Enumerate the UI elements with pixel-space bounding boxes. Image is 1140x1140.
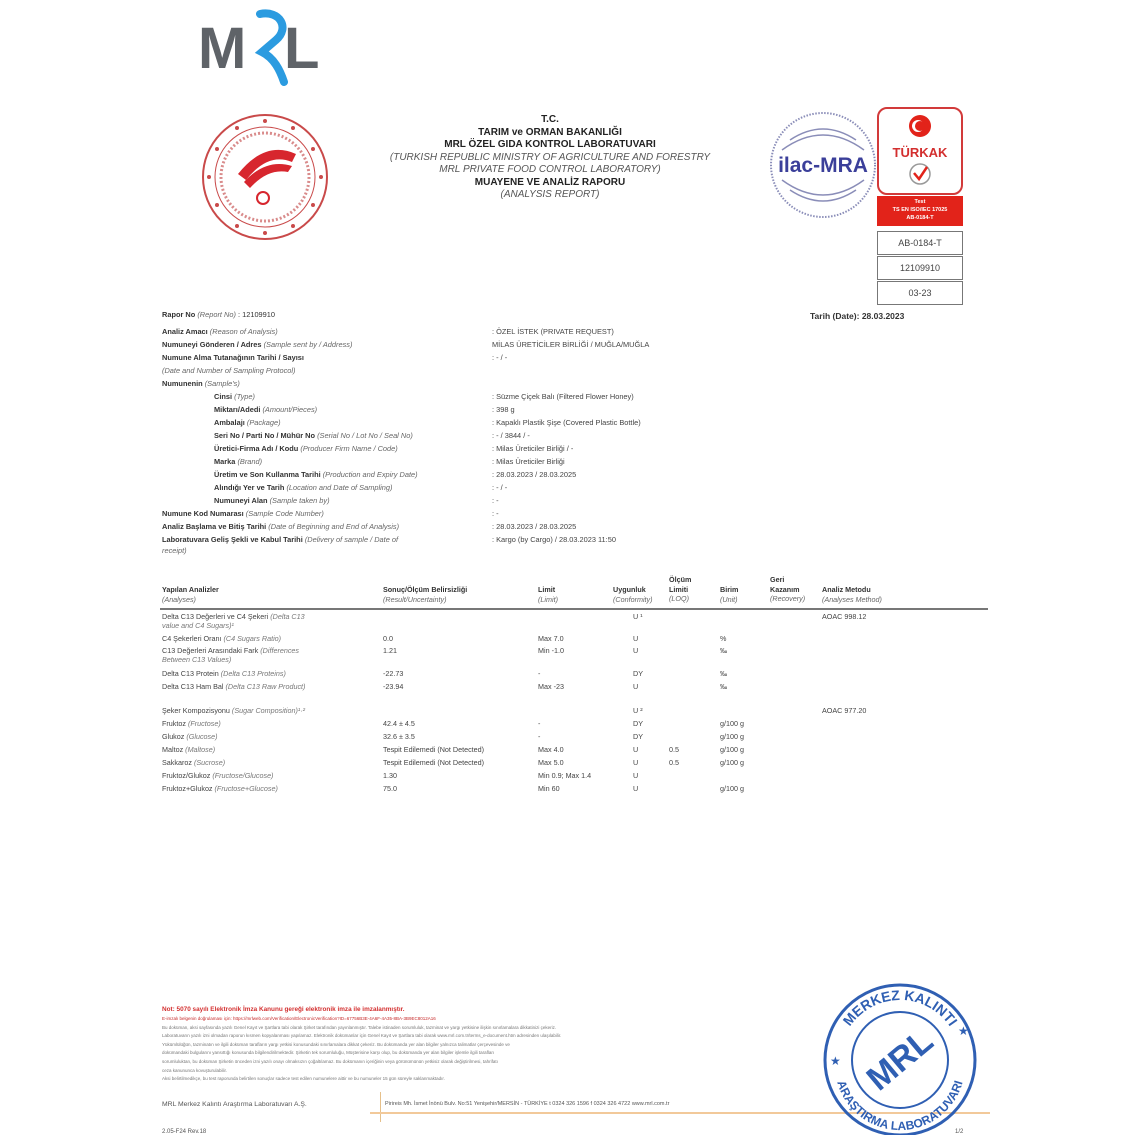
fine-print-line: Laboratuvarın yazılı izni olmadan raporu… [162,1033,822,1039]
info-value: : Kapaklı Plastik Şişe (Covered Plastic … [492,418,641,427]
table-row-analysis: Delta C13 Ham Bal (Delta C13 Raw Product… [162,682,305,691]
ilac-mra-icon: ilac-MRA [768,110,878,220]
table-cell-result: 1.30 [383,771,397,780]
info-label: Numuneyi Gönderen / Adres [162,340,262,349]
table-cell-limit: Min -1.0 [538,646,564,655]
info-row: Üretici-Firma Adı / Kodu (Producer Firm … [214,444,398,453]
info-label: Seri No / Parti No / Mühür No [214,431,315,440]
table-cell-conf: U [633,758,638,767]
table-cell-limit: Max 4.0 [538,745,564,754]
svg-text:ARAŞTIRMA LABORATUVARI: ARAŞTIRMA LABORATUVARI [834,1079,965,1134]
info-row: Marka (Brand) [214,457,262,466]
info-label-en: (Sample taken by) [270,496,330,505]
info-label: Analiz Amacı [162,327,208,336]
info-label: Miktarı/Adedi [214,405,260,414]
table-cell-result: -23.94 [383,682,403,691]
table-cell-conf: DY [633,732,643,741]
info-label-en: receipt) [162,546,187,555]
table-cell-conf: U [633,771,638,780]
info-value: : Milas Üreticiler Birliği [492,457,565,466]
table-cell-conf: U ² [633,706,643,715]
table-cell-conf: U [633,646,638,655]
company-name: MRL Merkez Kalıntı Araştırma Laboratuvar… [162,1101,307,1108]
info-row: Miktarı/Adedi (Amount/Pieces) [214,405,317,414]
table-row-analysis: Fruktoz (Fructose) [162,719,221,728]
info-value: : - / - [492,483,507,492]
report-no-label: Rapor No [162,310,195,319]
report-no-row: Rapor No (Report No) : 12109910 [162,310,275,319]
table-cell-limit: Max -23 [538,682,564,691]
header-tc: T.C. [360,114,740,127]
svg-text:★: ★ [830,1054,841,1068]
info-row: Numunenin (Sample's) [162,379,240,388]
header-report-title-en: (ANALYSIS REPORT) [360,189,740,202]
report-no-en: (Report No) [197,310,236,319]
info-row: Numune Alma Tutanağının Tarihi / Sayısı [162,353,304,362]
table-cell-conf: DY [633,669,643,678]
table-cell-unit: % [720,634,726,643]
fine-print-line[interactable]: E-imzalı belgenin doğrulaması için: http… [162,1016,822,1022]
svg-text:MERKEZ KALINTI: MERKEZ KALINTI [840,987,961,1029]
info-row: Analiz Amacı (Reason of Analysis) [162,327,278,336]
info-label-en: (Delivery of sample / Date of [305,535,398,544]
info-label-en: (Sample's) [205,379,240,388]
info-value: : Kargo (by Cargo) / 28.03.2023 11:50 [492,535,616,544]
date-value: 28.03.2023 [862,311,905,321]
info-label-en: (Location and Date of Sampling) [286,483,392,492]
mrl-logo: M L [198,6,328,86]
band-standard: TS EN ISO/IEC 17025 [877,206,963,214]
info-label: Marka [214,457,235,466]
info-row: Numuneyi Gönderen / Adres (Sample sent b… [162,340,352,349]
info-row: Üretim ve Son Kullanma Tarihi (Productio… [214,470,418,479]
info-label: Üretim ve Son Kullanma Tarihi [214,470,321,479]
table-cell-unit: ‰ [720,669,727,678]
fine-print-line: Aksi belirtilmedikçe, bu test raporunda … [162,1076,822,1082]
table-header-5: Birim(Unit) [720,585,738,604]
info-row: Numune Kod Numarası (Sample Code Number) [162,509,324,518]
table-cell-unit: g/100 g [720,758,744,767]
info-row: Seri No / Parti No / Mühür No (Serial No… [214,431,413,440]
table-cell-unit: g/100 g [720,784,744,793]
info-label: Numune Kod Numarası [162,509,244,518]
info-label: Alındığı Yer ve Tarih [214,483,284,492]
table-cell-conf: U [633,745,638,754]
info-label: Cinsi [214,392,232,401]
period-code: 03-23 [877,281,963,305]
table-cell-conf: U [633,784,638,793]
info-label-en: (Amount/Pieces) [262,405,317,414]
info-row: receipt) [162,546,187,555]
turkak-accreditation-band: Test TS EN ISO/IEC 17025 AB-0184-T [877,196,963,226]
fine-print-line: sorumluluktan, bu doküman Şirketin önced… [162,1059,822,1065]
info-value: : - / 3844 / - [492,431,530,440]
e-signature-note: Not: 5070 sayılı Elektronik İmza Kanunu … [162,1006,405,1013]
info-row: Laboratuvara Geliş Şekli ve Kabul Tarihi… [162,535,398,544]
header-ministry-en: (TURKISH REPUBLIC MINISTRY OF AGRICULTUR… [360,152,740,165]
table-row-analysis: Delta C13 Değerleri ve C4 Şekeri (Delta … [162,612,305,630]
info-label-en: (Sample Code Number) [246,509,324,518]
info-label: Ambalajı [214,418,245,427]
table-cell-method: AOAC 998.12 [822,612,866,621]
header-ministry: TARIM ve ORMAN BAKANLIĞI [360,127,740,140]
fine-print-line: ceza kanununca kovuşturulabilir. [162,1068,822,1074]
table-cell-result: 1.21 [383,646,397,655]
info-value: : - [492,496,499,505]
info-row: Numuneyi Alan (Sample taken by) [214,496,330,505]
header-report-title: MUAYENE VE ANALİZ RAPORU [360,177,740,190]
table-cell-conf: U [633,634,638,643]
turkak-emblem-icon: TÜRKAK [879,109,961,193]
info-label-en: (Reason of Analysis) [210,327,278,336]
svg-text:TÜRKAK: TÜRKAK [893,145,948,160]
info-label: Analiz Başlama ve Bitiş Tarihi [162,522,266,531]
date-label: Tarih (Date): [810,311,859,321]
info-value: : 398 g [492,405,515,414]
info-label-en: (Sample sent by / Address) [264,340,353,349]
table-row-analysis: Fruktoz+Glukoz (Fructose+Glucose) [162,784,278,793]
table-row-analysis: Maltoz (Maltose) [162,745,215,754]
table-cell-result: 32.6 ± 3.5 [383,732,415,741]
info-row: (Date and Number of Sampling Protocol) [162,366,296,375]
table-header-divider [160,608,988,610]
table-cell-limit: Min 60 [538,784,560,793]
info-label: Numune Alma Tutanağının Tarihi / Sayısı [162,353,304,362]
table-cell-unit: g/100 g [720,732,744,741]
svg-text:ilac-MRA: ilac-MRA [778,154,868,177]
info-label-en: (Type) [234,392,255,401]
table-cell-limit: Max 7.0 [538,634,564,643]
table-cell-result: 0.0 [383,634,393,643]
table-cell-unit: ‰ [720,646,727,655]
info-label-en: (Date and Number of Sampling Protocol) [162,366,296,375]
table-cell-result: 42.4 ± 4.5 [383,719,415,728]
table-row-analysis: Fruktoz/Glukoz (Fructose/Glucose) [162,771,273,780]
svg-text:M: M [198,16,246,81]
table-cell-conf: U [633,682,638,691]
info-label-en: (Serial No / Lot No / Seal No) [317,431,413,440]
svg-text:L: L [284,16,319,81]
company-address: Pirireis Mh. İsmet İnönü Bulv. No:51 Yen… [385,1101,669,1107]
table-cell-result: -22.73 [383,669,403,678]
info-row: Alındığı Yer ve Tarih (Location and Date… [214,483,392,492]
info-row: Ambalajı (Package) [214,418,281,427]
table-row-analysis: C13 Değerleri Arasındaki Fark (Differenc… [162,646,299,664]
info-row: Analiz Başlama ve Bitiş Tarihi (Date of … [162,522,399,531]
info-value: : ÖZEL İSTEK (PRIVATE REQUEST) [492,327,614,336]
report-no-value: 12109910 [242,310,275,319]
info-value: : Milas Üreticiler Birliği / - [492,444,573,453]
report-code: 12109910 [877,256,963,280]
table-cell-unit: ‰ [720,682,727,691]
info-row: Cinsi (Type) [214,392,255,401]
info-label-en: (Production and Expiry Date) [323,470,418,479]
info-label: Laboratuvara Geliş Şekli ve Kabul Tarihi [162,535,303,544]
info-label-en: (Package) [247,418,281,427]
mrl-stamp-icon: MERKEZ KALINTI ARAŞTIRMA LABORATUVARI MR… [810,975,990,1135]
table-cell-limit: Max 5.0 [538,758,564,767]
table-header-0: Yapılan Analizler(Analyses) [162,585,219,604]
info-label: Numunenin [162,379,203,388]
fine-print-line: Yükümlülüğün, tazminatın ve ilgili doküm… [162,1042,822,1048]
table-cell-unit: g/100 g [720,719,744,728]
accreditation-code: AB-0184-T [877,231,963,255]
table-header-6: GeriKazanım(Recovery) [770,575,805,604]
turkak-logo: TÜRKAK [877,107,963,195]
table-cell-loq: 0.5 [669,745,679,754]
table-header-1: Sonuç/Ölçüm Belirsizliği(Result/Uncertai… [383,585,467,604]
svg-text:★: ★ [958,1024,969,1038]
info-label-en: (Producer Firm Name / Code) [300,444,397,453]
header-lab-en: MRL PRIVATE FOOD CONTROL LABORATORY) [360,164,740,177]
table-cell-limit: - [538,719,540,728]
table-cell-conf: U ¹ [633,612,643,621]
table-cell-result: Tespit Edilemedi (Not Detected) [383,758,484,767]
header-lab: MRL ÖZEL GIDA KONTROL LABORATUVARI [360,139,740,152]
info-value: : - [492,509,499,518]
table-row-analysis: Sakkaroz (Sucrose) [162,758,225,767]
info-value: : 28.03.2023 / 28.03.2025 [492,470,576,479]
table-row-analysis: C4 Şekerleri Oranı (C4 Sugars Ratio) [162,634,281,643]
svg-text:MRL: MRL [860,1022,941,1098]
table-cell-unit: g/100 g [720,745,744,754]
info-value: MİLAS ÜRETİCİLER BİRLİĞİ / MUĞLA/MUĞLA [492,340,649,349]
fine-print-line: dokümandaki bulgularını yansıttığı konus… [162,1050,822,1056]
info-label-en: (Brand) [237,457,262,466]
info-label-en: (Date of Beginning and End of Analysis) [268,522,399,531]
table-header-4: ÖlçümLimiti(LOQ) [669,575,691,604]
info-value: : 28.03.2023 / 28.03.2025 [492,522,576,531]
ministry-seal-icon [200,112,330,242]
band-test: Test [877,198,963,206]
info-value: : - / - [492,353,507,362]
footer-divider-vertical [380,1092,381,1122]
table-row-analysis: Şeker Kompozisyonu (Sugar Composition)¹·… [162,706,305,715]
form-revision: 2.05-F24 Rev.18 [162,1129,206,1135]
info-label: Numuneyi Alan [214,496,268,505]
table-cell-conf: DY [633,719,643,728]
table-row-analysis: Glukoz (Glucose) [162,732,218,741]
table-cell-result: 75.0 [383,784,397,793]
table-cell-limit: - [538,732,540,741]
band-code: AB-0184-T [877,214,963,222]
info-value: : Süzme Çiçek Balı (Filtered Flower Hone… [492,392,634,401]
table-cell-loq: 0.5 [669,758,679,767]
table-cell-result: Tespit Edilemedi (Not Detected) [383,745,484,754]
table-row-analysis: Delta C13 Protein (Delta C13 Proteins) [162,669,286,678]
info-label: Üretici-Firma Adı / Kodu [214,444,298,453]
table-cell-limit: Min 0.9; Max 1.4 [538,771,591,780]
fine-print-line: Bu doküman, aksi sayfasında yazılı Genel… [162,1025,822,1031]
table-cell-limit: - [538,669,540,678]
report-header: T.C. TARIM ve ORMAN BAKANLIĞI MRL ÖZEL G… [360,114,740,202]
report-date: Tarih (Date): 28.03.2023 [810,311,904,321]
table-header-7: Analiz Metodu(Analyses Method) [822,585,882,604]
table-header-3: Uygunluk(Conformity) [613,585,653,604]
table-header-2: Limit(Limit) [538,585,558,604]
table-cell-method: AOAC 977.20 [822,706,866,715]
